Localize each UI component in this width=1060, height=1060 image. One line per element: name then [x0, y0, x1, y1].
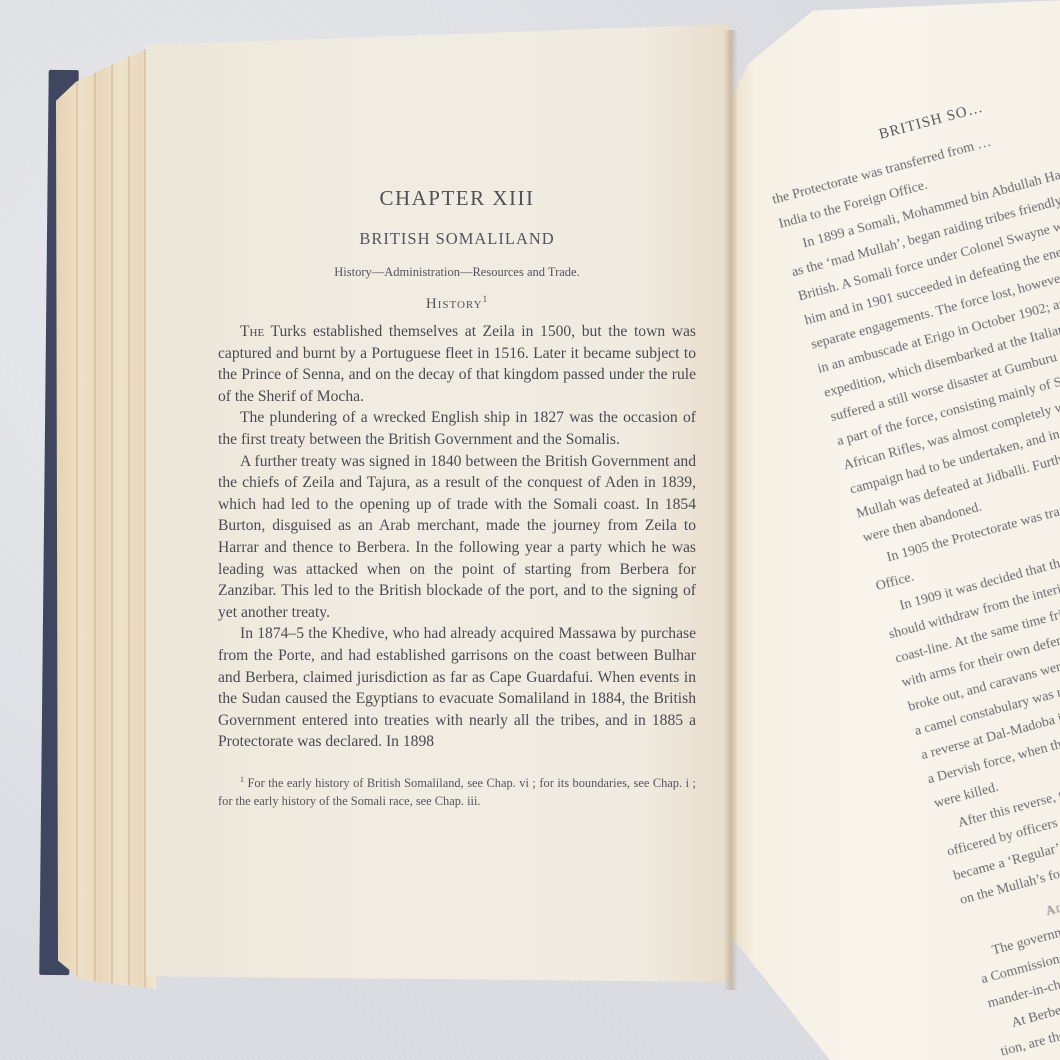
paragraph-text: Turks established themselves at Zeila in…	[218, 323, 696, 405]
section-heading-history: History1	[218, 294, 696, 313]
paragraph: A further treaty was signed in 1840 betw…	[218, 451, 696, 624]
footnote-text: For the early history of British Somalil…	[218, 776, 696, 808]
subject-title: BRITISH SOMALILAND	[218, 229, 696, 249]
book-gutter	[724, 30, 738, 990]
chapter-title: CHAPTER XIII	[218, 186, 696, 211]
page-edges	[56, 44, 156, 989]
chapter-contents-line: History—Administration—Resources and Tra…	[218, 265, 696, 280]
footnote: 1 For the early history of British Somal…	[218, 771, 696, 810]
paragraph-lead-word: The	[240, 323, 264, 340]
section-heading-text: History	[426, 296, 483, 312]
footnote-number: 1	[240, 775, 244, 784]
paragraph: In 1874–5 the Khedive, who had already a…	[218, 623, 696, 753]
left-page-content: CHAPTER XIII BRITISH SOMALILAND History—…	[218, 186, 696, 810]
footnote-marker: 1	[483, 294, 489, 304]
paragraph: The Turks established themselves at Zeil…	[218, 321, 696, 407]
paragraph: The plundering of a wrecked English ship…	[218, 407, 696, 450]
